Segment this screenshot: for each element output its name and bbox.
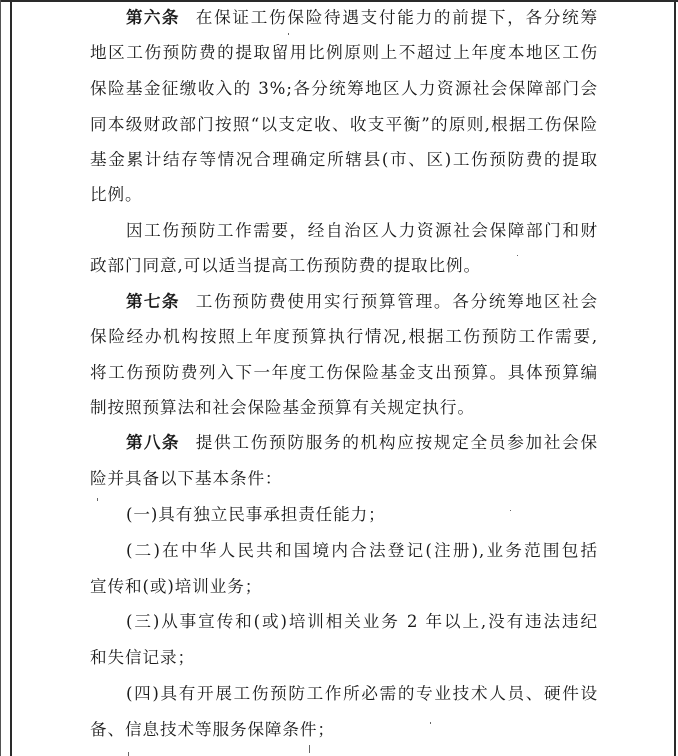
article-6-line-1: 第六条在保证工伤保险待遇支付能力的前提下，各分统筹 <box>126 0 598 36</box>
body-text: 提供工伤预防服务的机构应按规定全员参加社会保 <box>196 433 598 452</box>
scan-speck <box>309 745 310 753</box>
article-8-line-1: 第八条提供工伤预防服务的机构应按规定全员参加社会保 <box>126 425 598 461</box>
article-label: 第八条 <box>126 433 180 452</box>
scan-speck <box>430 722 431 724</box>
article-8-item-4-line-2: 备、信息技术等服务保障条件； <box>90 712 598 748</box>
page-right-border <box>674 0 676 756</box>
article-6-para2-line-2: 政部门同意,可以适当提高工伤预防费的提取比例。 <box>90 248 598 284</box>
article-8-item-3-line-1: (三)从事宣传和(或)培训相关业务 2 年以上,没有违法违纪 <box>126 604 598 640</box>
article-7-line-4: 制按照预算法和社会保险基金预算有关规定执行。 <box>90 390 598 426</box>
article-8-item-1: (一)具有独立民事承担责任能力； <box>126 497 598 533</box>
article-8-item-2-line-2: 宣传和(或)培训业务； <box>90 569 598 605</box>
article-7-line-3: 将工伤预防费列入下一年度工伤保险基金支出预算。具体预算编 <box>90 355 598 391</box>
article-6-line-2: 地区工伤预防费的提取留用比例原则上不超过上年度本地区工伤 <box>90 35 598 71</box>
page-left-border <box>10 0 12 756</box>
scan-speck <box>97 498 98 501</box>
article-8-line-2: 险并具备以下基本条件： <box>90 461 598 497</box>
article-7-line-2: 保险经办机构按照上年度预算执行情况,根据工伤预防工作需要, <box>90 319 598 355</box>
scan-speck <box>510 510 511 511</box>
article-8-item-4-line-1: (四)具有开展工伤预防工作所必需的专业技术人员、硬件设 <box>126 676 598 712</box>
article-8-item-2-line-1: (二)在中华人民共和国境内合法登记(注册),业务范围包括 <box>126 533 598 569</box>
page-outer-left-edge <box>0 0 1 756</box>
article-8-item-3-line-2: 和失信记录； <box>90 640 598 676</box>
body-text: 工伤预防费使用实行预算管理。各分统筹地区社会 <box>196 292 598 311</box>
article-label: 第七条 <box>126 292 180 311</box>
article-6-para2-line-1: 因工伤预防工作需要，经自治区人力资源社会保障部门和财 <box>126 213 598 249</box>
article-6-line-4: 同本级财政部门按照“以支定收、收支平衡”的原则,根据工伤保险 <box>90 107 598 143</box>
article-6-line-5: 基金累计结存等情况合理确定所辖县(市、区)工伤预防费的提取 <box>90 142 598 178</box>
article-7-line-1: 第七条工伤预防费使用实行预算管理。各分统筹地区社会 <box>126 284 598 320</box>
scan-speck <box>128 752 129 756</box>
scan-speck <box>517 255 518 256</box>
body-text: 在保证工伤保险待遇支付能力的前提下，各分统筹 <box>196 8 598 27</box>
article-label: 第六条 <box>126 8 180 27</box>
article-6-line-6: 比例。 <box>90 177 598 213</box>
article-6-line-3: 保险基金征缴收入的 3%;各分统筹地区人力资源社会保障部门会 <box>90 71 598 107</box>
scan-speck <box>288 33 289 35</box>
